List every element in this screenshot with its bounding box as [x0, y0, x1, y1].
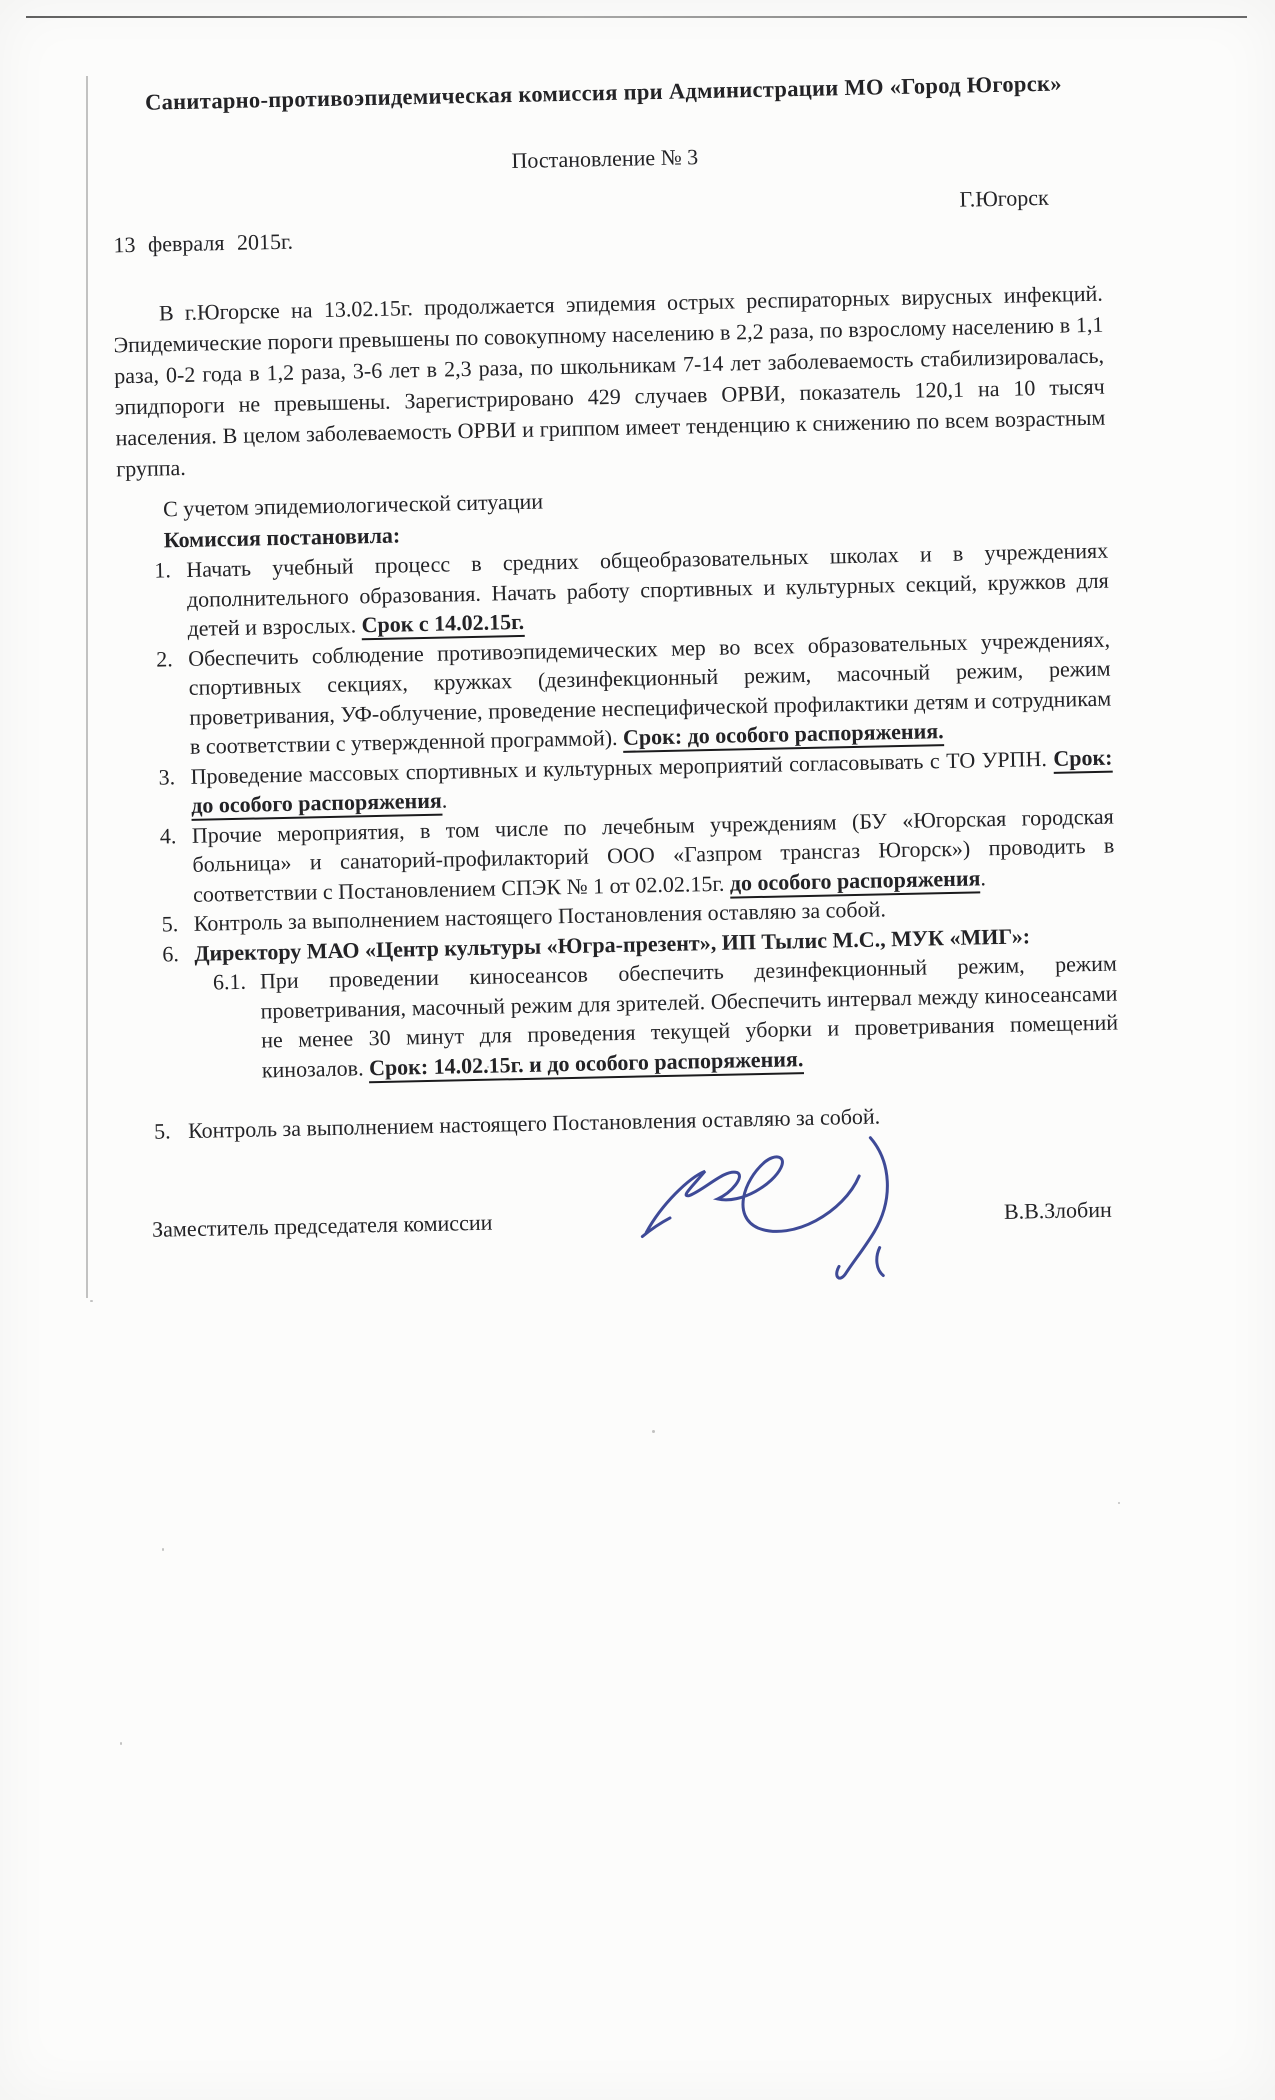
- intro-paragraph: В г.Югорске на 13.02.15г. продолжается э…: [113, 278, 1107, 485]
- item-text: .: [441, 788, 447, 813]
- signature-block: Заместитель председателя комиссии В.В.Зл…: [132, 1188, 1123, 1269]
- item-text: Начать учебный процесс в средних общеобр…: [186, 538, 1109, 641]
- item-number: 6.1.: [213, 967, 247, 997]
- scan-edge-left: [86, 76, 88, 1298]
- item-number: 4.: [160, 821, 177, 851]
- document-content: Санитарно-противоэпидемическая комиссия …: [108, 68, 1123, 1269]
- handwritten-signature: [630, 1122, 943, 1293]
- resolution-item: 2.Обеспечить соблюдение противоэпидемиче…: [120, 624, 1112, 763]
- document-date: 13 февраля 2015г.: [113, 229, 293, 259]
- signer-title: Заместитель председателя комиссии: [152, 1210, 493, 1243]
- item-number: 2.: [156, 644, 173, 674]
- resolution-list: 1.Начать учебный процесс в средних общео…: [118, 536, 1119, 1088]
- control-item: 5. Контроль за выполнением настоящего По…: [130, 1097, 1120, 1148]
- item-number: 6.: [162, 939, 179, 969]
- item-text: .: [980, 865, 986, 890]
- item-number: 3.: [158, 762, 175, 792]
- deadline-text: Срок с 14.02.15г.: [361, 609, 524, 640]
- item-number: 1.: [154, 555, 171, 585]
- scan-edge-top: [26, 16, 1247, 18]
- deadline-text: Срок: 14.02.15г. и до особого распоряжен…: [369, 1046, 804, 1083]
- document-page: Санитарно-противоэпидемическая комиссия …: [0, 0, 1275, 2100]
- signer-name: В.В.Злобин: [1004, 1197, 1112, 1225]
- resolution-item: 6.1.При проведении киносеансов обеспечит…: [127, 949, 1119, 1088]
- item-number: 5.: [161, 909, 178, 939]
- document-title: Санитарно-противоэпидемическая комиссия …: [23, 66, 1183, 120]
- item-number: 5.: [154, 1116, 171, 1146]
- document-city: Г.Югорск: [959, 185, 1049, 213]
